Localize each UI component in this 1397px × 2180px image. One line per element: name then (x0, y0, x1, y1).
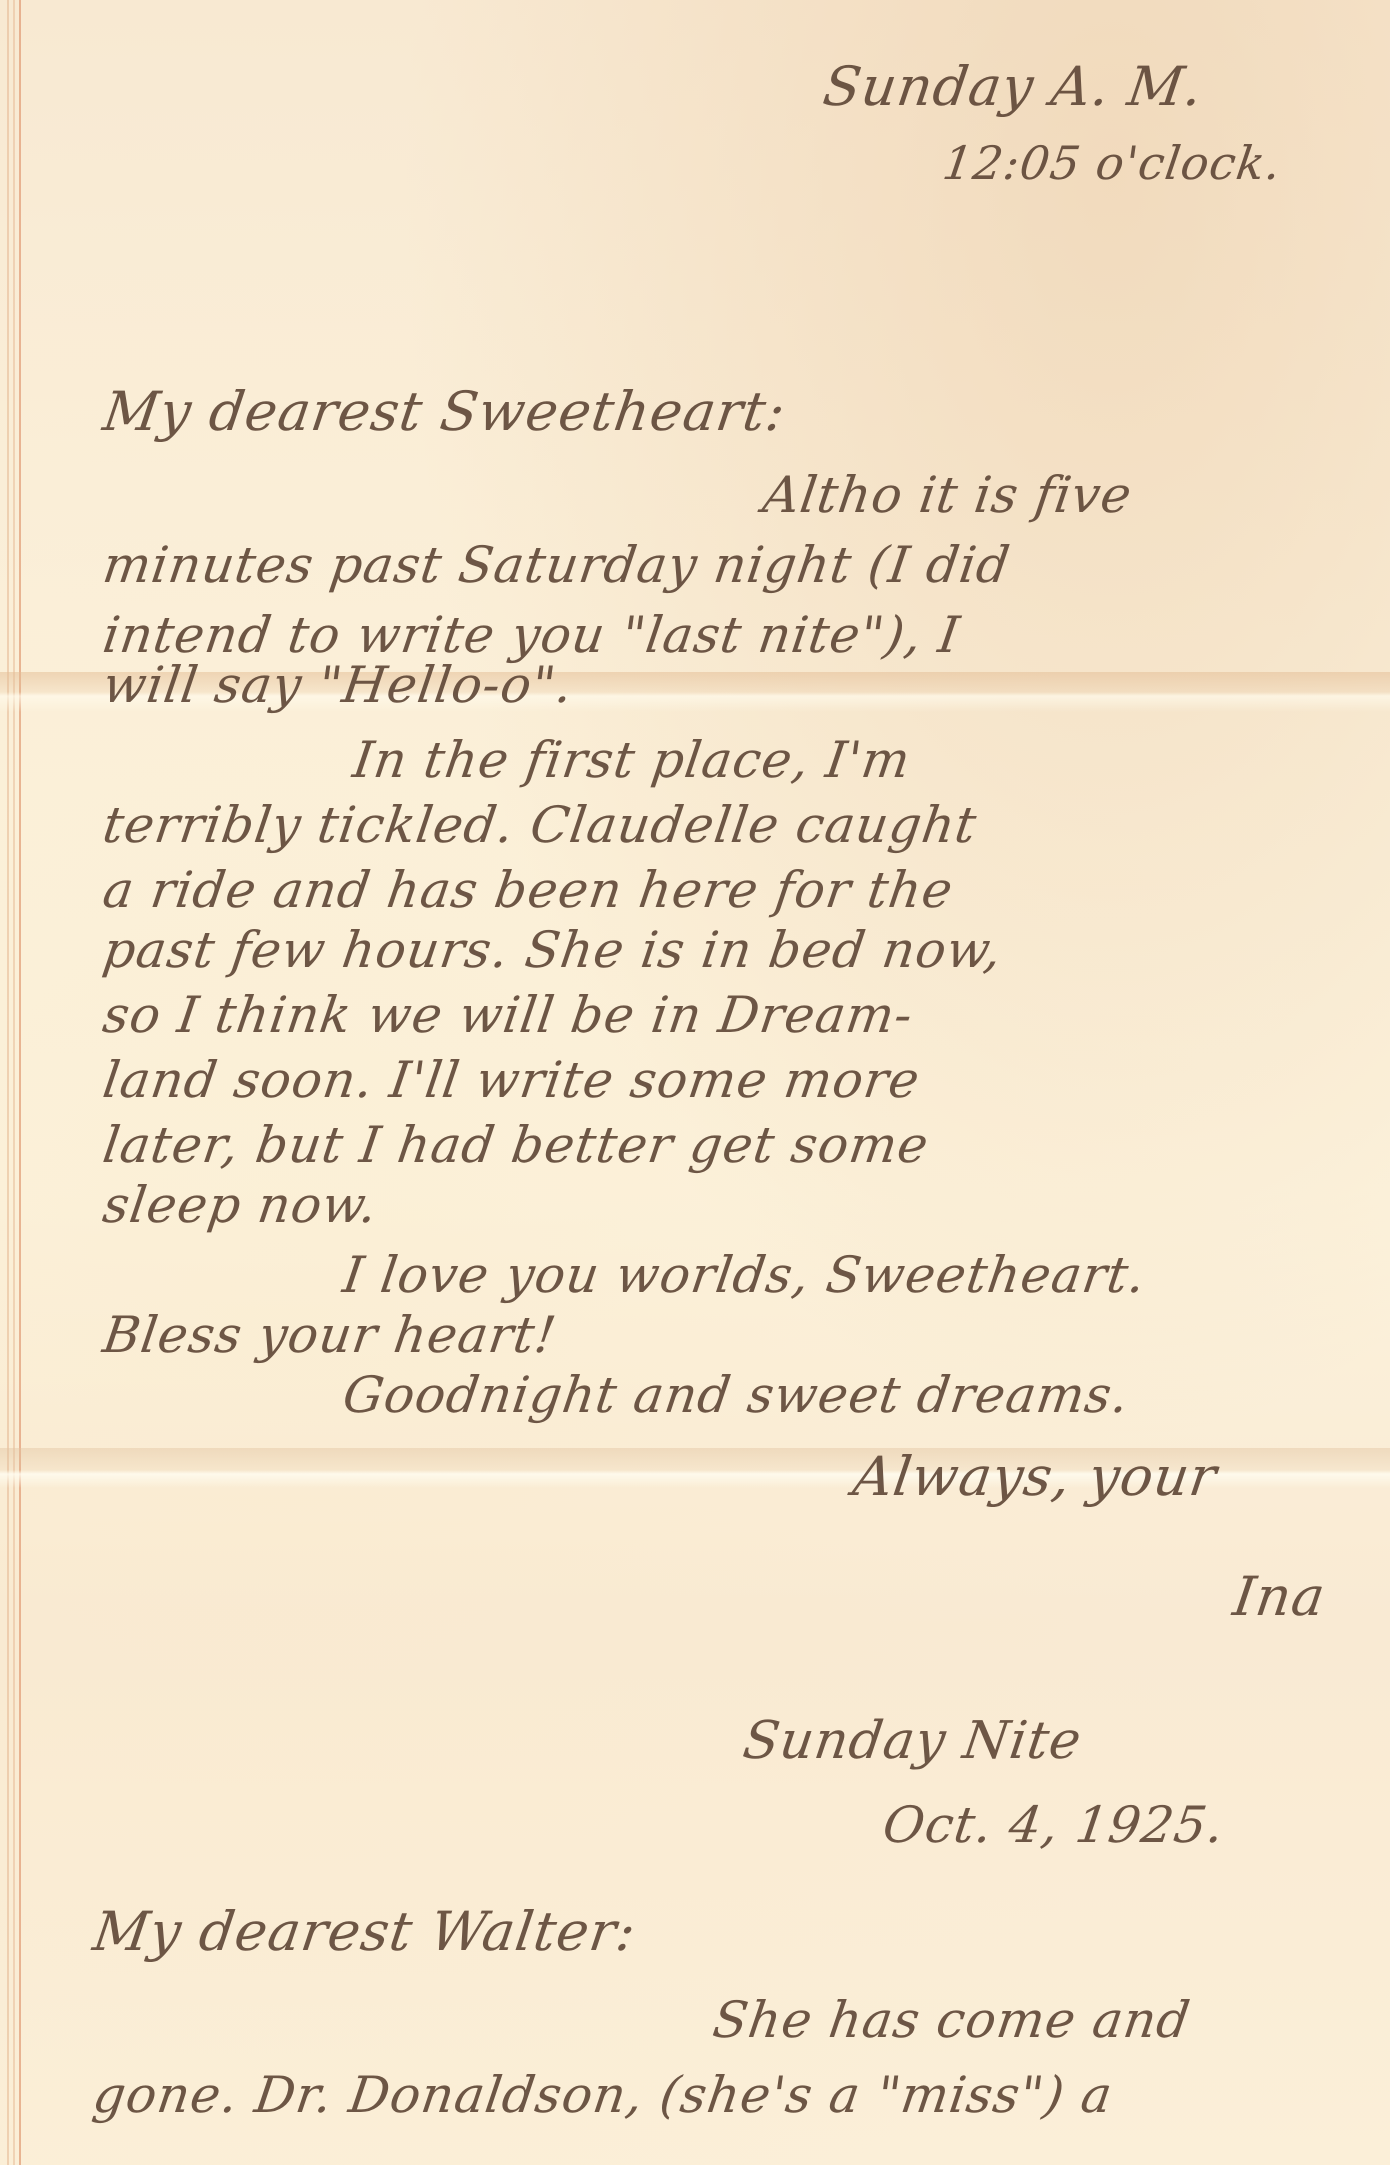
body-line: a ride and has been here for the (100, 865, 956, 915)
letter-page: Sunday A. M. 12:05 o'clock. My dearest S… (0, 0, 1390, 2165)
salutation: My dearest Sweetheart: (100, 385, 789, 439)
body-line: terribly tickled. Claudelle caught (100, 800, 980, 850)
body-line: land soon. I'll write some more (100, 1055, 923, 1105)
body-line: minutes past Saturday night (I did (100, 540, 1013, 590)
second-header-day: Sunday Nite (740, 1715, 1085, 1767)
body-line: later, but I had better get some (100, 1120, 932, 1170)
body-line: intend to write you "last nite"), I (100, 610, 963, 660)
body-line: In the first place, I'm (350, 735, 914, 785)
second-body-line: She has come and (710, 1995, 1194, 2045)
body-line: Goodnight and sweet dreams. (340, 1370, 1132, 1420)
body-line: I love you worlds, Sweetheart. (340, 1250, 1149, 1300)
sheet-edge-line (13, 0, 15, 2165)
sheet-edge-line (7, 0, 9, 2165)
second-header-date: Oct. 4, 1925. (880, 1800, 1228, 1850)
signature: Ina (1230, 1570, 1329, 1624)
second-salutation: My dearest Walter: (90, 1905, 640, 1959)
header-time: 12:05 o'clock. (940, 140, 1284, 186)
body-line: so I think we will be in Dream- (100, 990, 916, 1040)
sheet-edge-line (19, 0, 21, 2165)
body-line: Altho it is five (760, 470, 1135, 520)
body-line: sleep now. (100, 1180, 381, 1230)
second-body-line: gone. Dr. Donaldson, (she's a "miss") a (90, 2070, 1116, 2120)
body-line: Bless your heart! (100, 1310, 560, 1360)
body-line: past few hours. She is in bed now, (100, 925, 1005, 975)
closing: Always, your (850, 1450, 1220, 1504)
header-day: Sunday A. M. (820, 60, 1206, 114)
body-line: will say "Hello-o". (100, 660, 576, 710)
